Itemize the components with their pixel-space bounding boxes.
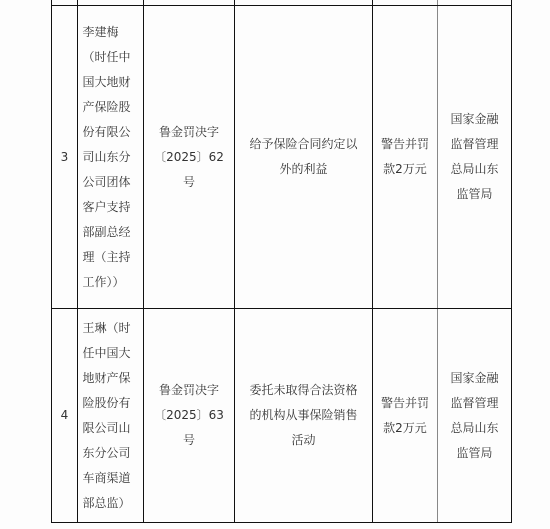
penalty-table: 3 李建梅 （时任中 国大地财 产保险股 份有限公 司山东分 公司团体 客户支持… [51, 0, 512, 523]
violation-line: 活动 [242, 428, 366, 453]
org-line: 总局山东 [445, 416, 505, 441]
party-line: 工作）） [83, 270, 139, 295]
cell-no: 3 [52, 6, 78, 309]
org-line: 国家金融 [445, 366, 505, 391]
doc-line: 鲁金罚决字 [149, 120, 229, 145]
party-line: （时任中 [83, 45, 139, 70]
table-row: 3 李建梅 （时任中 国大地财 产保险股 份有限公 司山东分 公司团体 客户支持… [52, 6, 512, 309]
org-line: 监督管理 [445, 391, 505, 416]
cell-violation: 委托未取得合法资格 的机构从事保险销售 活动 [235, 309, 373, 523]
party-line: 李建梅 [83, 20, 139, 45]
party-line: 国大地财 [83, 70, 139, 95]
violation-line: 给予保险合同约定以 [242, 132, 366, 157]
cell-penalty: 警告并罚 款2万元 [373, 309, 438, 523]
cell-party: 王琳（时 任中国大 地财产保 险股份有 限公司山 东分公司 车商渠道 部总监） [78, 309, 144, 523]
doc-line: 号 [149, 428, 229, 453]
penalty-line: 警告并罚 [376, 391, 434, 416]
org-line: 监管局 [445, 182, 505, 207]
cell-authority: 国家金融 监督管理 总局山东 监管局 [438, 309, 512, 523]
penalty-line: 警告并罚 [376, 132, 434, 157]
doc-line: 号 [149, 170, 229, 195]
violation-line: 外的利益 [242, 157, 366, 182]
cell-authority: 国家金融 监督管理 总局山东 监管局 [438, 6, 512, 309]
party-line: 限公司山 [83, 416, 139, 441]
party-line: 部总监） [83, 491, 139, 516]
org-line: 国家金融 [445, 107, 505, 132]
violation-line: 的机构从事保险销售 [242, 403, 366, 428]
violation-line: 委托未取得合法资格 [242, 378, 366, 403]
org-line: 监管局 [445, 441, 505, 466]
cell-doc-number: 鲁金罚决字 〔2025〕62 号 [144, 6, 235, 309]
cell-penalty: 警告并罚 款2万元 [373, 6, 438, 309]
doc-line: 鲁金罚决字 [149, 378, 229, 403]
party-line: 任中国大 [83, 341, 139, 366]
doc-line: 〔2025〕63 [149, 403, 229, 428]
party-line: 产保险股 [83, 95, 139, 120]
party-line: 公司团体 [83, 170, 139, 195]
doc-line: 〔2025〕62 [149, 145, 229, 170]
table-row: 4 王琳（时 任中国大 地财产保 险股份有 限公司山 东分公司 车商渠道 部总监… [52, 309, 512, 523]
cell-violation: 给予保险合同约定以 外的利益 [235, 6, 373, 309]
party-line: 司山东分 [83, 145, 139, 170]
party-line: 理（主持 [83, 245, 139, 270]
penalty-line: 款2万元 [376, 157, 434, 182]
party-line: 客户支持 [83, 195, 139, 220]
party-line: 东分公司 [83, 441, 139, 466]
party-line: 份有限公 [83, 120, 139, 145]
party-line: 部副总经 [83, 220, 139, 245]
cell-party: 李建梅 （时任中 国大地财 产保险股 份有限公 司山东分 公司团体 客户支持 部… [78, 6, 144, 309]
party-line: 王琳（时 [83, 316, 139, 341]
cell-no: 4 [52, 309, 78, 523]
org-line: 总局山东 [445, 157, 505, 182]
penalty-line: 款2万元 [376, 416, 434, 441]
party-line: 险股份有 [83, 391, 139, 416]
org-line: 监督管理 [445, 132, 505, 157]
party-line: 车商渠道 [83, 466, 139, 491]
cell-doc-number: 鲁金罚决字 〔2025〕63 号 [144, 309, 235, 523]
party-line: 地财产保 [83, 366, 139, 391]
